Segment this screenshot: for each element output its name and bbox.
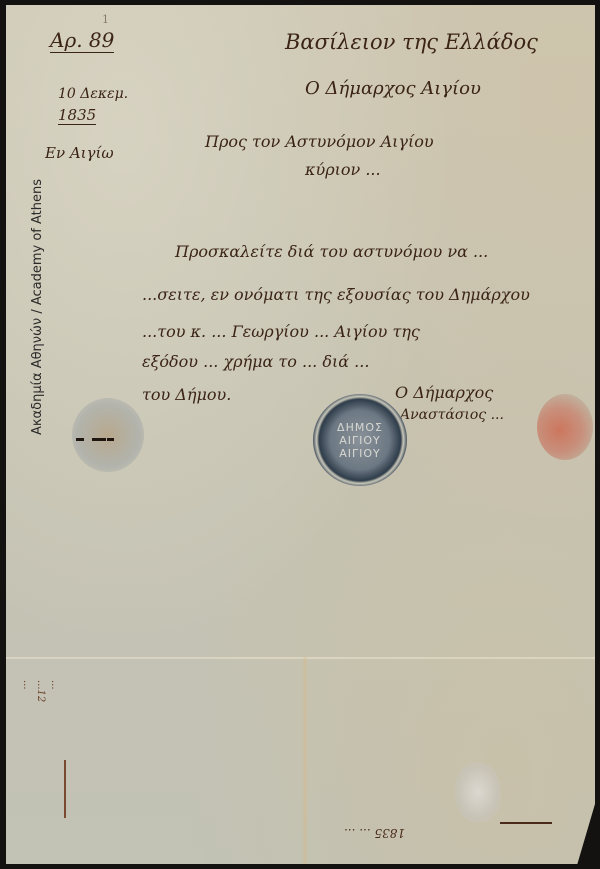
margin-notes: ... ...12 ... <box>8 680 68 820</box>
reference-number: Αρ. 89 <box>50 28 114 52</box>
body-line-3: ...του κ. ... Γεωργίου ... Αιγίου της <box>142 322 420 341</box>
date-day: 10 Δεκεμ. <box>58 86 128 102</box>
body-line-5: του Δήμου. <box>142 385 231 404</box>
seal-text-3: ΑΙΓΙΟΥ <box>339 447 381 460</box>
municipal-seal-blue: ΔΗΜΟΣ ΑΙΓΙΟΥ ΑΙΓΙΟΥ <box>313 394 407 486</box>
seal-text-1: ΔΗΜΟΣ <box>337 421 383 434</box>
bottom-note-inverted: 1835 ... ... <box>344 826 405 840</box>
place: Εν Αιγίω <box>45 144 114 162</box>
embossed-watermark-head <box>455 762 501 822</box>
date-year-text: 1835 <box>58 106 96 125</box>
seal-text-2: ΑΙΓΙΟΥ <box>339 434 381 447</box>
body-line-4: εξόδου ... χρήμα το ... διά ... <box>142 352 369 371</box>
archive-credit: Ακαδημία Αθηνών / Academy of Athens <box>30 179 45 435</box>
header-line-2: Ο Δήμαρχος Αιγίου <box>305 78 481 99</box>
fold-line-horizontal <box>6 657 595 659</box>
reference-number-text: Αρ. 89 <box>50 28 114 53</box>
date-year: 1835 <box>58 106 96 124</box>
signature-name: Αναστάσιος ... <box>400 407 504 423</box>
margin-rule <box>64 760 66 818</box>
body-line-1: Προσκαλείτε διά του αστυνόμου να ... <box>175 242 488 261</box>
body-line-2: ...σειτε, εν ονόματι της εξουσίας του Δη… <box>142 285 530 304</box>
top-mark: 1 <box>102 13 109 26</box>
faded-seal-left <box>72 398 144 472</box>
dash-mark <box>92 438 106 441</box>
fold-stain-vertical <box>302 657 308 864</box>
margin-note-2: ...12 <box>35 680 46 702</box>
dash-mark <box>76 438 84 441</box>
header-line-1: Βασίλειον της Ελλάδος <box>285 30 538 54</box>
addressee-line-2: κύριον ... <box>305 160 381 179</box>
signature-title: Ο Δήμαρχος <box>395 383 493 402</box>
margin-note-1: ... <box>49 680 60 690</box>
margin-note-3: ... <box>21 680 32 690</box>
dash-mark <box>107 438 114 441</box>
red-wax-seal <box>537 394 593 460</box>
addressee-line-1: Προς τον Αστυνόμον Αιγίου <box>205 132 434 151</box>
bottom-rule <box>500 822 552 824</box>
